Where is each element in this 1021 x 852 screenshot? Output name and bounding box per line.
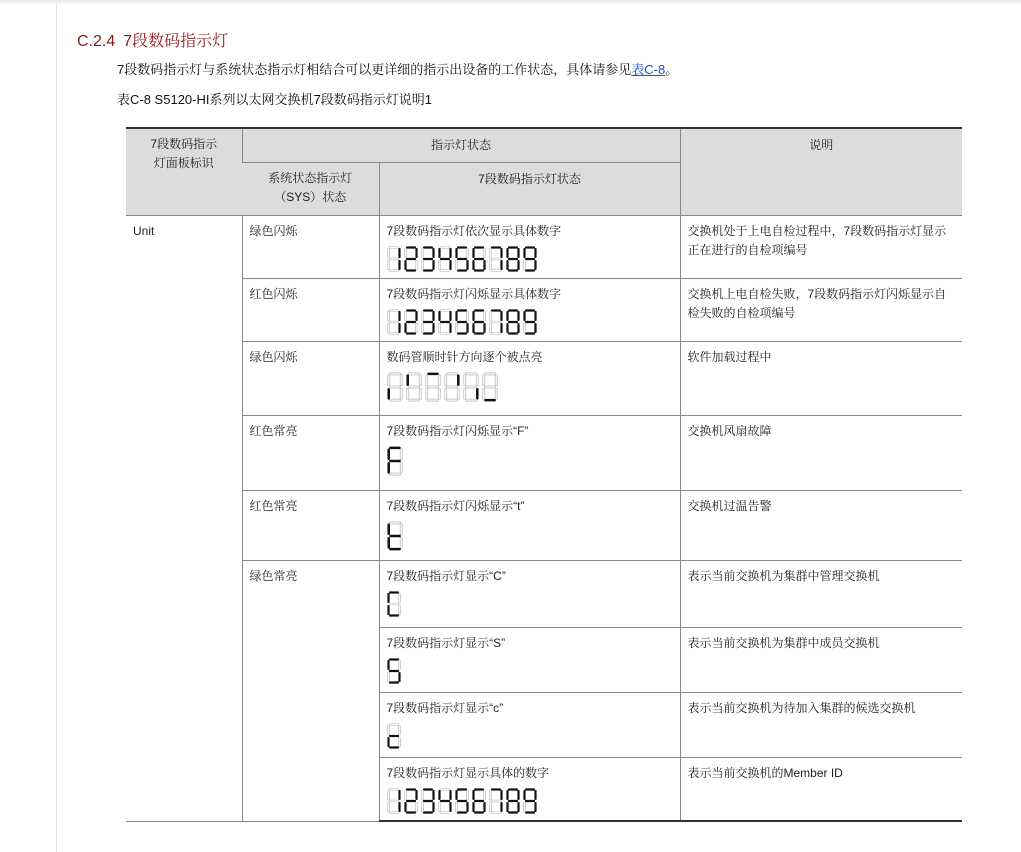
table-row: 红色闪烁7段数码指示灯闪烁显示具体数字交换机上电自检失败，7段数码指示灯闪烁显示… (126, 279, 962, 342)
section-title: 7段数码指示灯 (123, 33, 228, 50)
seg-status-text: 7段数码指示灯闪烁显示“t” (387, 497, 673, 516)
intro-paragraph: 7段数码指示灯与系统状态指示灯相结合可以更详细的指示出设备的工作状态，具体请参见… (117, 59, 678, 78)
description-cell: 交换机风扇故障 (680, 416, 962, 491)
seven-segment-display (387, 723, 673, 749)
seg-status-cell: 7段数码指示灯依次显示具体数字 (379, 216, 680, 279)
sys-status-cell: 绿色常亮 (242, 561, 379, 822)
seven-segment-display (387, 788, 673, 814)
panel-label-cell: Unit (126, 216, 242, 822)
table-row: 红色常亮7段数码指示灯闪烁显示“F”交换机风扇故障 (126, 416, 962, 491)
section-heading: C.2.47段数码指示灯 (77, 28, 228, 51)
seven-segment-digit-icon (438, 246, 452, 272)
left-margin-rule (56, 4, 57, 852)
seg-status-cell: 7段数码指示灯显示具体的数字 (379, 758, 680, 822)
description-cell: 软件加载过程中 (680, 342, 962, 416)
seven-segment-digit-icon (387, 246, 401, 272)
table-link[interactable]: 表C-8 (631, 62, 665, 77)
seven-segment-digit-icon (387, 788, 401, 814)
seven-segment-digit-icon (387, 658, 401, 684)
seven-segment-digit-icon (406, 372, 422, 402)
seven-segment-digit-icon (489, 788, 503, 814)
seven-segment-digit-icon (472, 788, 486, 814)
seven-segment-digit-icon (438, 309, 452, 335)
seven-segment-digit-icon (463, 372, 479, 402)
table-caption: 表C-8 S5120-HI系列以太网交换机7段数码指示灯说明1 (117, 89, 432, 108)
seven-segment-digit-icon (387, 723, 401, 749)
seven-segment-digit-icon (506, 246, 520, 272)
description-cell: 表示当前交换机为待加入集群的候选交换机 (680, 693, 962, 758)
seven-segment-digit-icon (523, 246, 537, 272)
seven-segment-display (387, 372, 673, 402)
seven-segment-digit-icon (523, 309, 537, 335)
seven-segment-digit-icon (455, 309, 469, 335)
seven-segment-digit-icon (404, 788, 418, 814)
seven-segment-display (387, 246, 673, 272)
seven-segment-digit-icon (506, 309, 520, 335)
intro-text: 7段数码指示灯与系统状态指示灯相结合可以更详细的指示出设备的工作状态，具体请参见 (117, 62, 631, 77)
seven-segment-display (387, 591, 673, 617)
description-cell: 表示当前交换机的Member ID (680, 758, 962, 822)
seg-status-cell: 7段数码指示灯闪烁显示“F” (379, 416, 680, 491)
seg-status-cell: 7段数码指示灯闪烁显示具体数字 (379, 279, 680, 342)
seven-segment-digit-icon (387, 372, 403, 402)
description-cell: 交换机上电自检失败，7段数码指示灯闪烁显示自检失败的自检项编号 (680, 279, 962, 342)
seg-status-text: 7段数码指示灯显示“S” (387, 634, 673, 653)
seven-segment-digit-icon (472, 246, 486, 272)
seven-segment-digit-icon (455, 246, 469, 272)
description-cell: 交换机过温告警 (680, 491, 962, 561)
sys-status-cell: 红色常亮 (242, 491, 379, 561)
led-spec-table: 7段数码指示灯面板标识 指示灯状态 说明 系统状态指示灯（SYS）状态 7段数码… (126, 127, 962, 822)
table-row: Unit绿色闪烁7段数码指示灯依次显示具体数字交换机处于上电自检过程中，7段数码… (126, 216, 962, 279)
seven-segment-digit-icon (472, 309, 486, 335)
seven-segment-digit-icon (421, 246, 435, 272)
seven-segment-digit-icon (482, 372, 498, 402)
seven-segment-digit-icon (404, 246, 418, 272)
header-description: 说明 (680, 128, 962, 216)
seg-status-cell: 7段数码指示灯显示“C” (379, 561, 680, 628)
header-panel-label: 7段数码指示灯面板标识 (126, 128, 242, 216)
header-sys-status: 系统状态指示灯（SYS）状态 (242, 163, 379, 216)
seven-segment-digit-icon (455, 788, 469, 814)
seg-status-cell: 7段数码指示灯显示“c” (379, 693, 680, 758)
seg-status-text: 7段数码指示灯闪烁显示具体数字 (387, 285, 673, 304)
seg-status-text: 7段数码指示灯显示“c” (387, 699, 673, 718)
seven-segment-digit-icon (444, 372, 460, 402)
seg-status-cell: 7段数码指示灯闪烁显示“t” (379, 491, 680, 561)
seg-status-cell: 7段数码指示灯显示“S” (379, 628, 680, 693)
sys-status-cell: 红色常亮 (242, 416, 379, 491)
seven-segment-display (387, 309, 673, 335)
seven-segment-display (387, 658, 673, 684)
seven-segment-digit-icon (506, 788, 520, 814)
table-row: 绿色闪烁数码管顺时针方向逐个被点亮软件加载过程中 (126, 342, 962, 416)
sys-status-cell: 红色闪烁 (242, 279, 379, 342)
seven-segment-display (387, 446, 673, 476)
header-indicator-status: 指示灯状态 (242, 128, 680, 163)
seven-segment-digit-icon (425, 372, 441, 402)
seg-status-text: 数码管顺时针方向逐个被点亮 (387, 348, 673, 367)
intro-text-end: 。 (665, 62, 678, 77)
seven-segment-digit-icon (404, 309, 418, 335)
seg-status-cell: 数码管顺时针方向逐个被点亮 (379, 342, 680, 416)
seven-segment-digit-icon (387, 521, 403, 551)
seg-status-text: 7段数码指示灯依次显示具体数字 (387, 222, 673, 241)
table-row: 红色常亮7段数码指示灯闪烁显示“t”交换机过温告警 (126, 491, 962, 561)
description-cell: 表示当前交换机为集群中管理交换机 (680, 561, 962, 628)
seg-status-text: 7段数码指示灯显示“C” (387, 567, 673, 586)
seven-segment-digit-icon (438, 788, 452, 814)
header-seg-status: 7段数码指示灯状态 (379, 163, 680, 216)
sys-status-cell: 绿色闪烁 (242, 216, 379, 279)
seven-segment-digit-icon (421, 788, 435, 814)
section-number: C.2.4 (77, 33, 115, 50)
seven-segment-digit-icon (387, 446, 403, 476)
table-row: 绿色常亮7段数码指示灯显示“C”表示当前交换机为集群中管理交换机 (126, 561, 962, 628)
seg-status-text: 7段数码指示灯闪烁显示“F” (387, 422, 673, 441)
description-cell: 交换机处于上电自检过程中，7段数码指示灯显示正在进行的自检项编号 (680, 216, 962, 279)
seg-status-text: 7段数码指示灯显示具体的数字 (387, 764, 673, 783)
seven-segment-digit-icon (387, 591, 401, 617)
top-bar (0, 0, 1021, 4)
seven-segment-digit-icon (523, 788, 537, 814)
seven-segment-digit-icon (387, 309, 401, 335)
description-cell: 表示当前交换机为集群中成员交换机 (680, 628, 962, 693)
seven-segment-digit-icon (489, 309, 503, 335)
seven-segment-digit-icon (489, 246, 503, 272)
sys-status-cell: 绿色闪烁 (242, 342, 379, 416)
seven-segment-display (387, 521, 673, 551)
seven-segment-digit-icon (421, 309, 435, 335)
